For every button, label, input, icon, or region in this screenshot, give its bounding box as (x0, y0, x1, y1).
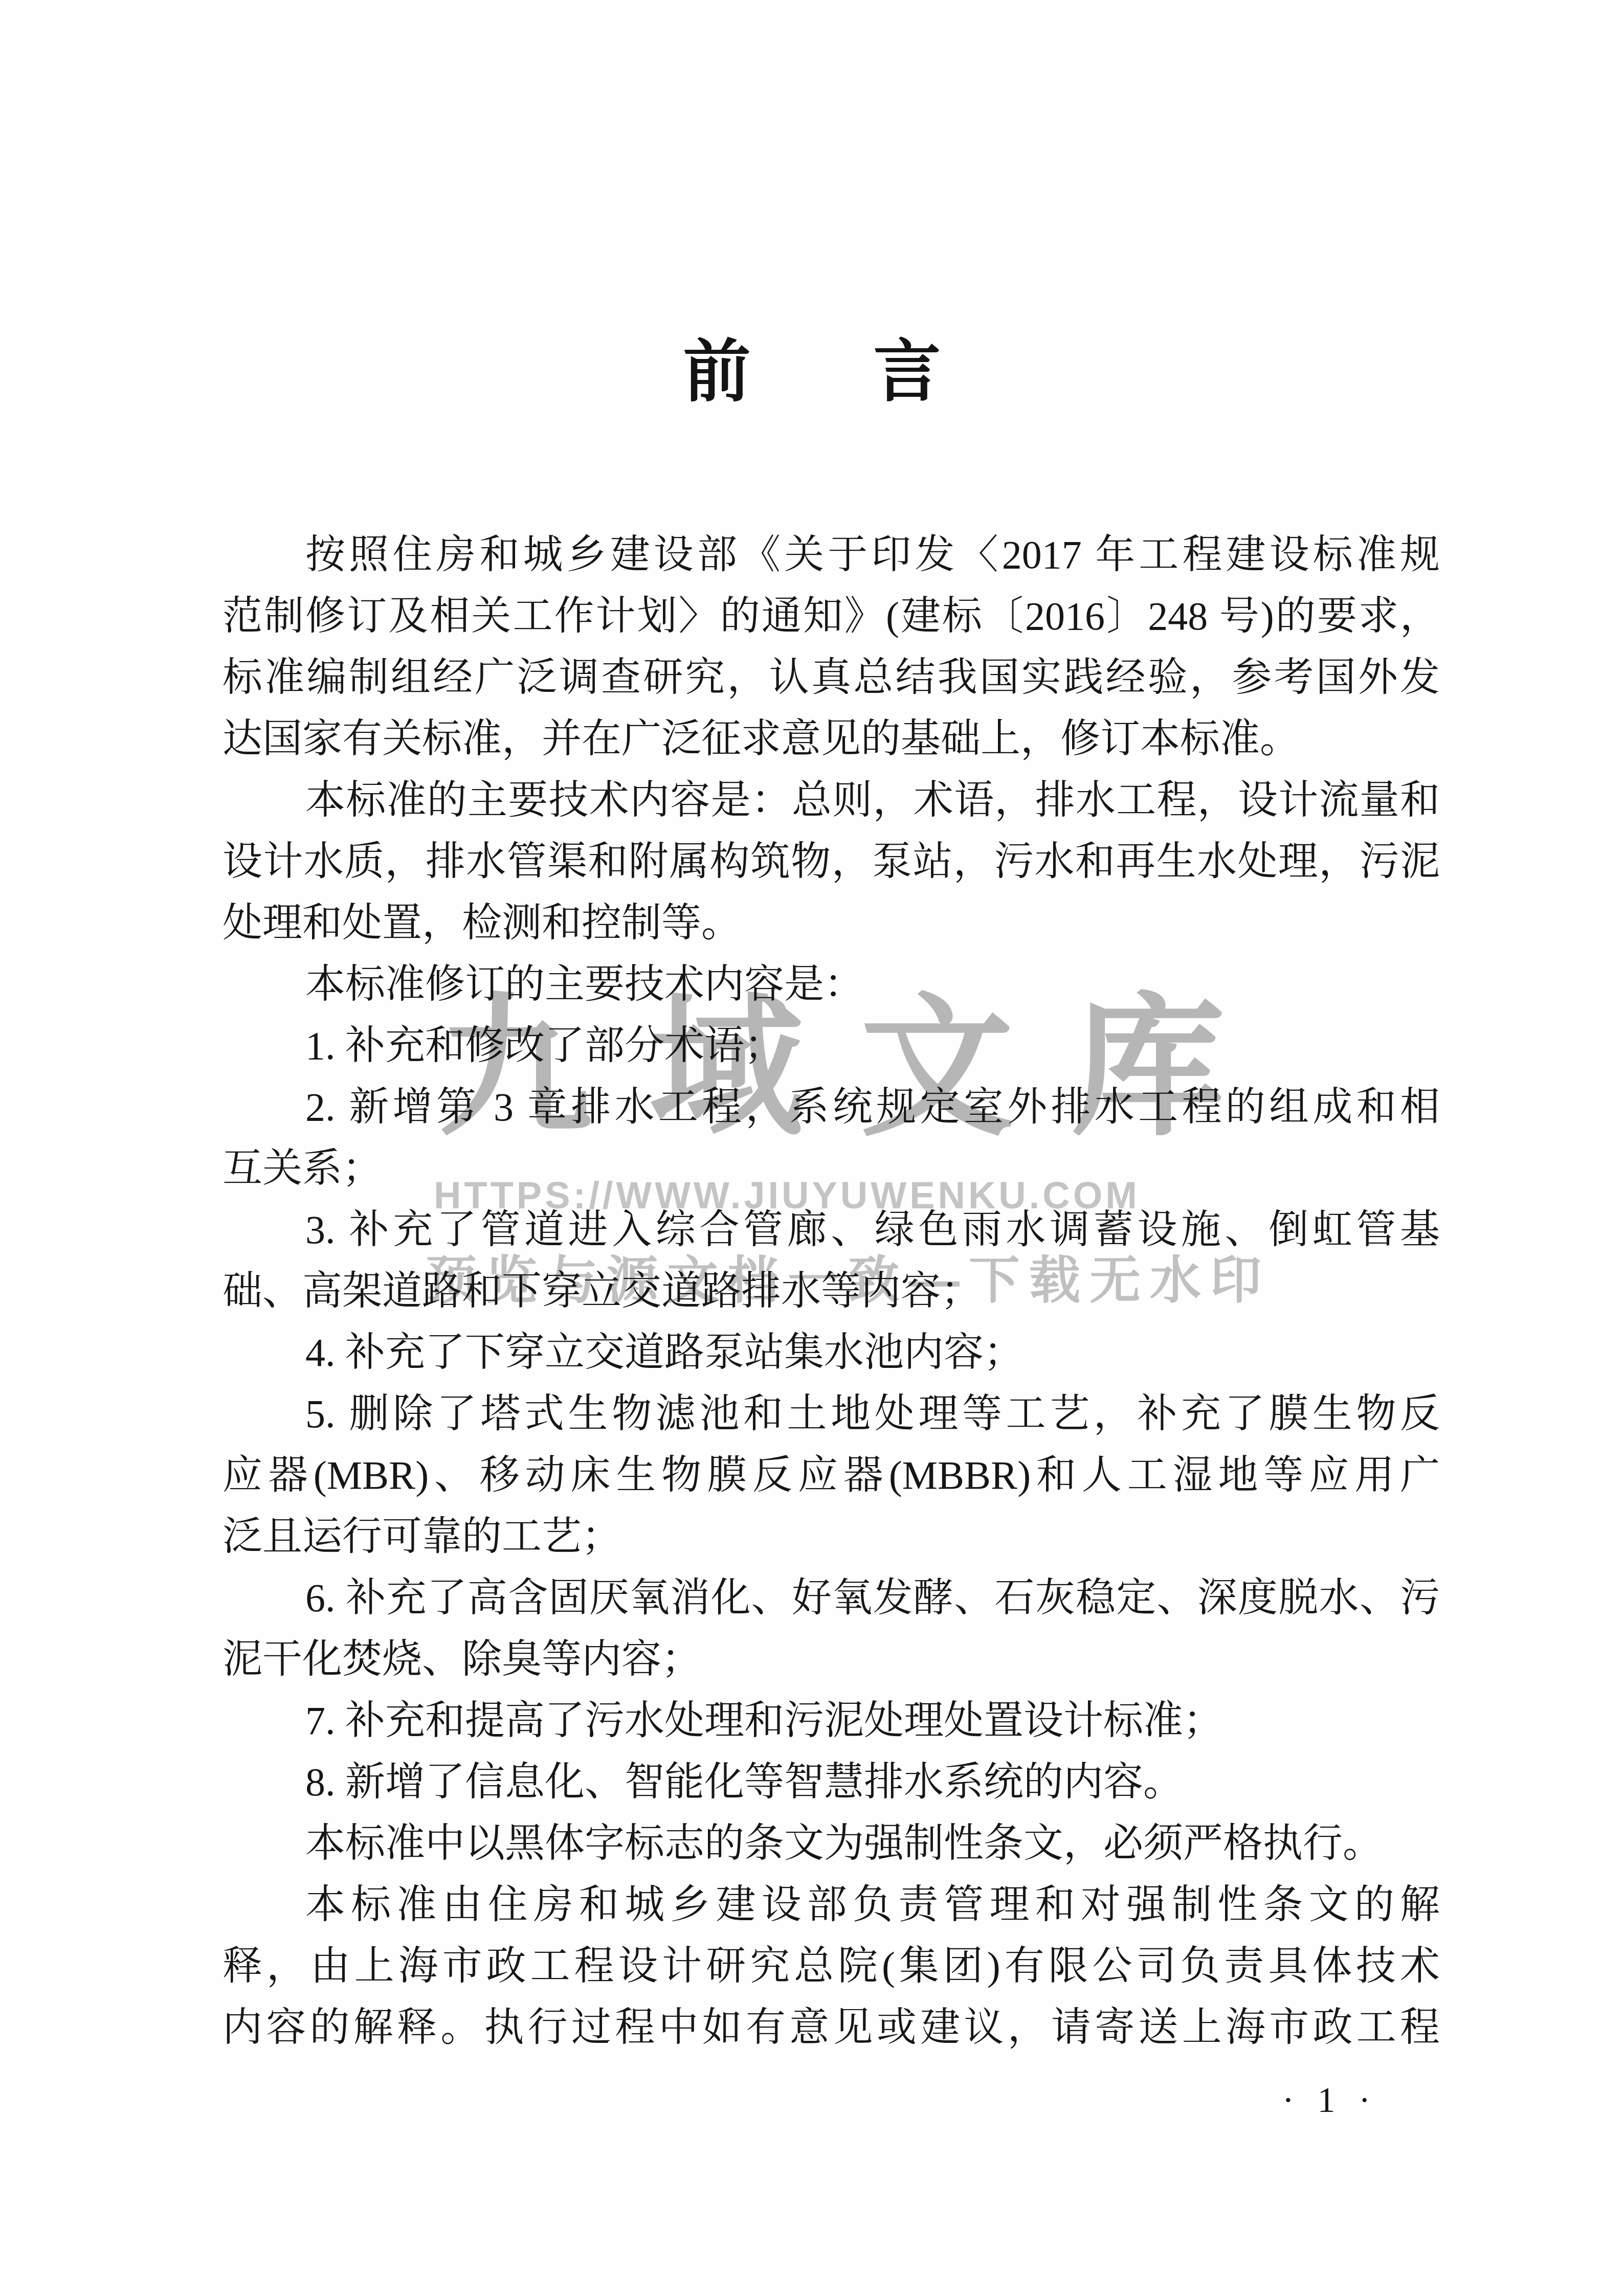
text-line: 础、高架道路和下穿立交道路排水等内容； (223, 1260, 1440, 1322)
text-line: 互关系； (223, 1138, 1440, 1199)
text-line: 6. 补充了高含固厌氧消化、好氧发酵、石灰稳定、深度脱水、污 (223, 1567, 1440, 1629)
text-line: 内容的解释。执行过程中如有意见或建议，请寄送上海市政工程 (223, 1997, 1440, 2058)
page-number: · 1 · (1263, 2080, 1396, 2121)
page-title: 前 言 (0, 333, 1624, 410)
text-line: 释，由上海市政工程设计研究总院(集团)有限公司负责具体技术 (223, 1935, 1440, 1997)
text-line: 标准编制组经广泛调查研究，认真总结我国实践经验，参考国外发 (223, 647, 1440, 708)
text-line: 设计水质，排水管渠和附属构筑物，泵站，污水和再生水处理，污泥 (223, 831, 1440, 892)
text-line: 本标准中以黑体字标志的条文为强制性条文，必须严格执行。 (223, 1813, 1440, 1874)
text-line: 2. 新增第 3 章排水工程，系统规定室外排水工程的组成和相 (223, 1076, 1440, 1138)
preface-body: 按照住房和城乡建设部《关于印发〈2017 年工程建设标准规 范制修订及相关工作计… (223, 524, 1440, 2058)
text-line: 泥干化焚烧、除臭等内容； (223, 1629, 1440, 1690)
text-line: 应器(MBR)、移动床生物膜反应器(MBBR)和人工湿地等应用广 (223, 1445, 1440, 1506)
title-char-2: 言 (874, 333, 941, 410)
text-line: 泛且运行可靠的工艺； (223, 1506, 1440, 1567)
text-line: 8. 新增了信息化、智能化等智慧排水系统的内容。 (223, 1751, 1440, 1813)
text-line: 按照住房和城乡建设部《关于印发〈2017 年工程建设标准规 (223, 524, 1440, 586)
title-char-1: 前 (683, 333, 751, 410)
text-line: 4. 补充了下穿立交道路泵站集水池内容； (223, 1322, 1440, 1383)
document-page: 九域文库 HTTPS://WWW.JIUYUWENKU.COM 预览与源文档一致… (0, 0, 1624, 2296)
text-line: 本标准由住房和城乡建设部负责管理和对强制性条文的解 (223, 1874, 1440, 1935)
text-line: 范制修订及相关工作计划〉的通知》(建标〔2016〕248 号)的要求， (223, 586, 1440, 647)
text-line: 1. 补充和修改了部分术语； (223, 1015, 1440, 1076)
text-line: 本标准的主要技术内容是：总则，术语，排水工程，设计流量和 (223, 770, 1440, 831)
text-line: 5. 删除了塔式生物滤池和土地处理等工艺，补充了膜生物反 (223, 1383, 1440, 1445)
text-line: 达国家有关标准，并在广泛征求意见的基础上，修订本标准。 (223, 708, 1440, 770)
text-line: 3. 补充了管道进入综合管廊、绿色雨水调蓄设施、倒虹管基 (223, 1199, 1440, 1260)
text-line: 处理和处置，检测和控制等。 (223, 892, 1440, 954)
text-line: 本标准修订的主要技术内容是： (223, 954, 1440, 1015)
text-line: 7. 补充和提高了污水处理和污泥处理处置设计标准； (223, 1690, 1440, 1751)
